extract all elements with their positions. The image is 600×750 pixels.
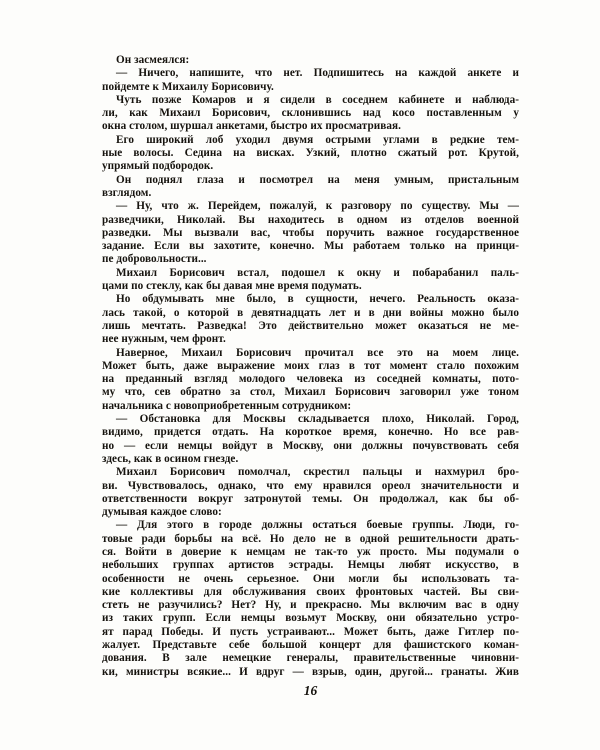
text-line: жалует. Представьте себе большой концерт…	[102, 639, 519, 652]
text-line: Чуть позже Комаров и я сидели в соседнем…	[102, 94, 519, 107]
text-line: Он засмеялся:	[102, 54, 519, 67]
text-line: — Для этого в городе должны остаться бое…	[102, 519, 519, 532]
text-line: Наверное, Михаил Борисович прочитал все …	[102, 347, 519, 360]
text-line: ят парад Победы. И пусть устраивают... М…	[102, 626, 519, 639]
text-line: упрямый подбородок.	[102, 160, 519, 173]
text-line: на преданный взгляд молодого человека из…	[102, 373, 519, 386]
text-line: окна столом, шуршал анкетами, быстро их …	[102, 120, 519, 133]
text-line: — Ну, что ж. Перейдем, пожалуй, к разгов…	[102, 200, 519, 213]
text-line: задание. Если вы захотите, конечно. Мы р…	[102, 240, 519, 253]
text-line: товые ради борьбы на всё. Но дело не в о…	[102, 533, 519, 546]
text-line: Но обдумывать мне было, в сущности, нече…	[102, 293, 519, 306]
text-line: кие коллективы для обслуживания своих фр…	[102, 586, 519, 599]
text-line: ли, как Михаил Борисович, склонившись на…	[102, 107, 519, 120]
text-line: думывая каждое слово:	[102, 506, 519, 519]
text-line: взглядом.	[102, 187, 519, 200]
text-line: пойдемте к Михаилу Борисовичу.	[102, 81, 519, 94]
text-line: Он поднял глаза и посмотрел на меня умны…	[102, 174, 519, 187]
text-line: лишь мечтать. Разведка! Это действительн…	[102, 320, 519, 333]
text-line: ви. Чувствовалось, однако, что ему нрави…	[102, 480, 519, 493]
book-page: Он засмеялся:— Ничего, напишите, что нет…	[0, 0, 600, 750]
text-line: ки, министры всякие... И вдруг — взрыв, …	[102, 666, 519, 679]
text-line: особенности не очень серьезное. Они могл…	[102, 573, 519, 586]
text-line: Его широкий лоб уходил двумя острыми угл…	[102, 134, 519, 147]
text-line: стеть не разучились? Нет? Ну, и прекрасн…	[102, 599, 519, 612]
text-line: здесь, как в осином гнезде.	[102, 453, 519, 466]
text-line: видимо, придется отдать. На короткое вре…	[102, 426, 519, 439]
text-line: Михаил Борисович встал, подошел к окну и…	[102, 267, 519, 280]
text-line: лась такой, о которой в девятнадцать лет…	[102, 307, 519, 320]
text-line: начальника с новоприобретенным сотрудник…	[102, 400, 519, 413]
text-line: цами по стеклу, как бы давая мне время п…	[102, 280, 519, 293]
text-line: нее нужным, чем фронт.	[102, 333, 519, 346]
text-line: разведки. Мы вызвали вас, чтобы поручить…	[102, 227, 519, 240]
text-line: но — если немцы войдут в Москву, они дол…	[102, 440, 519, 453]
text-line: ся. Войти в доверие к немцам не так-то у…	[102, 546, 519, 559]
text-line: ные волосы. Седина на висках. Узкий, пло…	[102, 147, 519, 160]
text-line: разведчики, Николай. Вы находитесь в одн…	[102, 214, 519, 227]
text-line: небольших группах артистов эстрады. Немц…	[102, 559, 519, 572]
text-line: ответственности вокруг затронутой темы. …	[102, 493, 519, 506]
text-line: из таких групп. Если немцы возьмут Москв…	[102, 612, 519, 625]
page-text: Он засмеялся:— Ничего, напишите, что нет…	[102, 54, 519, 679]
text-line: дования. В зале немецкие генералы, прави…	[102, 652, 519, 665]
page-number: 16	[102, 683, 519, 699]
text-line: — Ничего, напишите, что нет. Подпишитесь…	[102, 67, 519, 80]
text-line: му что, сев обратно за стол, Михаил Бори…	[102, 386, 519, 399]
text-line: Может быть, даже выражение моих глаз в т…	[102, 360, 519, 373]
text-line: Михаил Борисович помолчал, скрестил паль…	[102, 466, 519, 479]
text-line: — Обстановка для Москвы складывается пло…	[102, 413, 519, 426]
text-line: пе добровольности...	[102, 253, 519, 266]
